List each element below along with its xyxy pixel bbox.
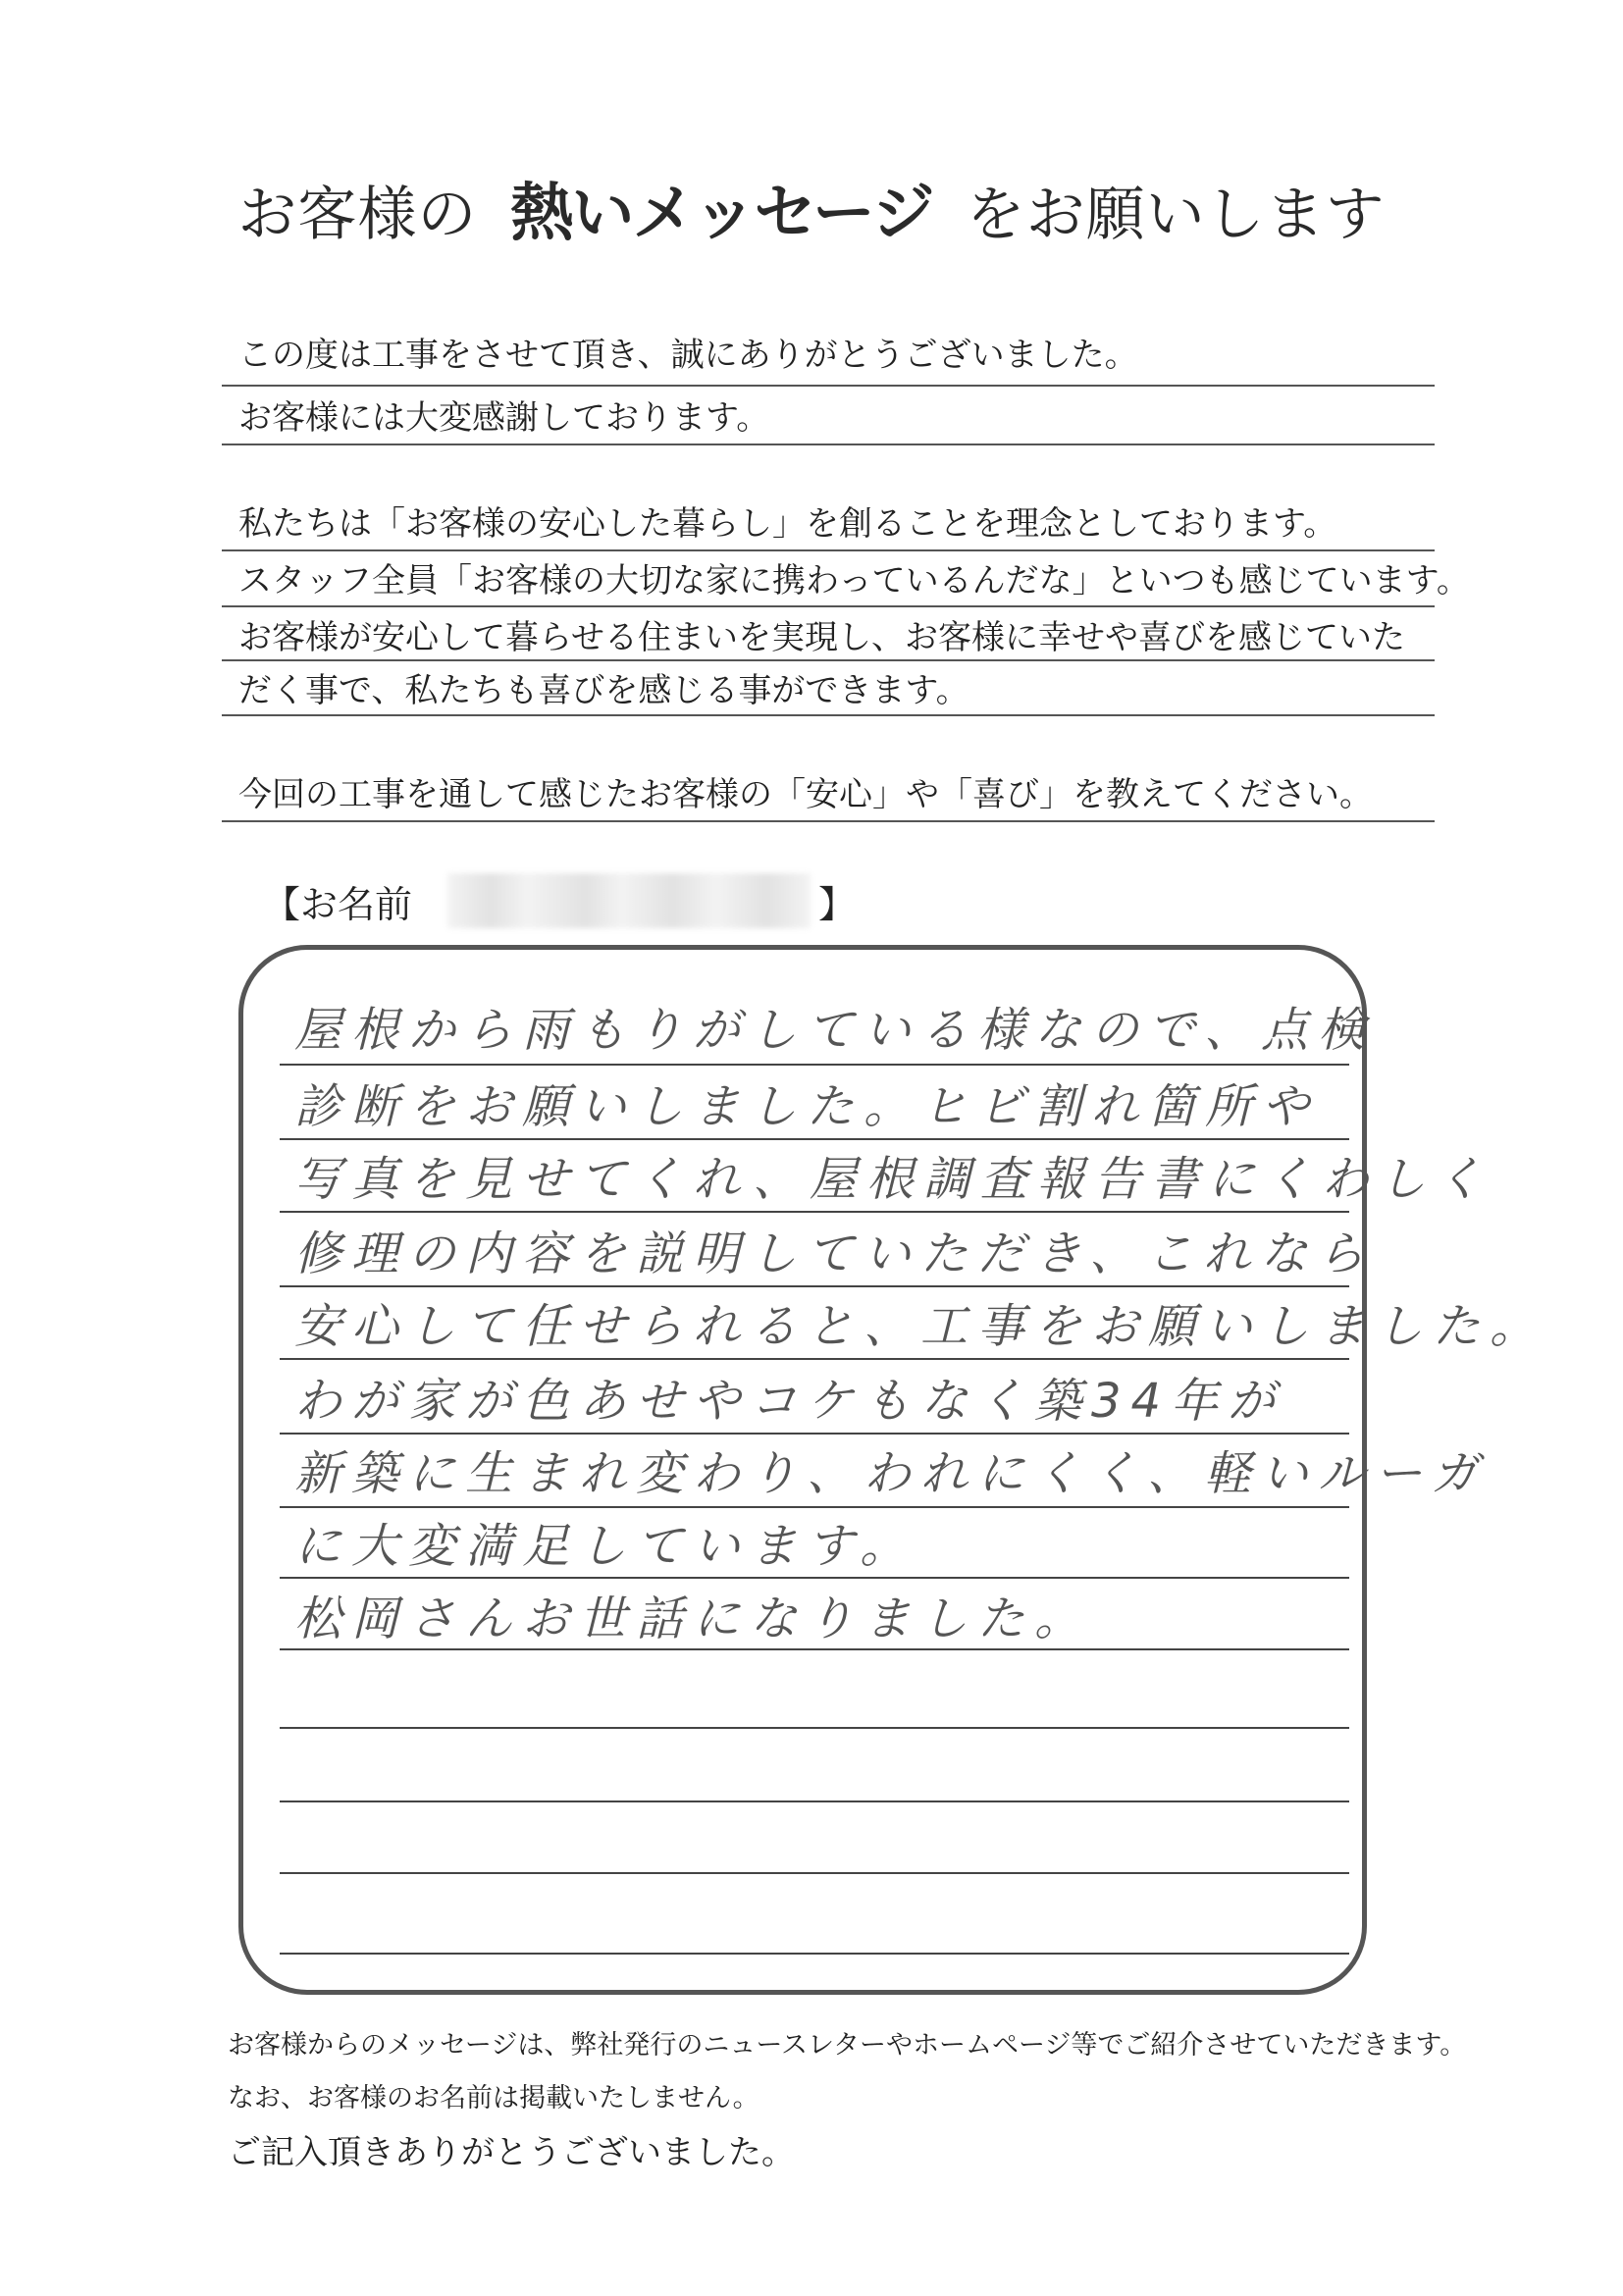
writing-rule [280, 1506, 1349, 1508]
divider [222, 385, 1435, 387]
intro-line: 今回の工事を通して感じたお客様の「安心」や「喜び」を教えてください。 [238, 773, 1373, 816]
writing-rule [280, 1358, 1349, 1360]
divider [222, 714, 1435, 716]
intro-line: 私たちは「お客様の安心した暮らし」を創ることを理念としております。 [238, 502, 1336, 546]
divider [222, 444, 1435, 445]
intro-line: お客様が安心して暮らせる住まいを実現し、お客様に幸せや喜びを感じていた [238, 616, 1405, 659]
writing-rule [280, 1064, 1349, 1066]
page-title: お客様の熱いメッセージをお願いします [0, 175, 1623, 254]
divider [222, 820, 1435, 822]
title-suffix: をお願いします [967, 181, 1386, 249]
handwritten-line: 新築に生まれ変わり、われにくく、軽いルーガ [294, 1444, 1488, 1503]
writing-rule [280, 1953, 1349, 1955]
privacy-note: なお、お客様のお名前は掲載いたしません。 [228, 2076, 759, 2114]
handwritten-line: 診断をお願いしました。ヒビ割れ箇所や [294, 1077, 1319, 1136]
divider [222, 549, 1435, 551]
handwritten-line: 屋根から雨もりがしている様なので、点検 [294, 1001, 1375, 1060]
name-field: 【お名前 】 [263, 873, 856, 928]
handwritten-line: 安心して任せられると、工事をお願いしました。 [294, 1297, 1546, 1356]
writing-rule [280, 1727, 1349, 1729]
title-prefix: お客様の [237, 181, 477, 249]
handwritten-line: 修理の内容を説明していただき、これなら [294, 1225, 1374, 1283]
writing-rule [280, 1648, 1349, 1650]
intro-line: この度は工事をさせて頂き、誠にありがとうございました。 [238, 334, 1138, 377]
name-value-redacted [447, 873, 811, 928]
name-label: 【お名前 [263, 874, 412, 928]
divider [222, 659, 1435, 661]
thanks-note: ご記入頂きありがとうございました。 [228, 2125, 795, 2173]
writing-rule [280, 1800, 1349, 1802]
publication-note: お客様からのメッセージは、弊社発行のニュースレターやホームページ等でご紹介させて… [228, 2023, 1466, 2061]
title-emphasis: 熱いメッセージ [510, 178, 932, 250]
writing-rule [280, 1577, 1349, 1579]
writing-rule [280, 1138, 1349, 1140]
handwritten-line: 松岡さんお世話になりました。 [294, 1590, 1091, 1648]
writing-rule [280, 1211, 1349, 1213]
handwritten-line: わが家が色あせやコケもなく築34年が [294, 1372, 1284, 1431]
name-label-close: 】 [818, 874, 856, 928]
intro-line: お客様には大変感謝しております。 [238, 396, 769, 440]
intro-line: スタッフ全員「お客様の大切な家に携わっているんだな」といつも感じています。 [238, 559, 1470, 602]
writing-rule [280, 1433, 1349, 1435]
writing-rule [280, 1285, 1349, 1287]
writing-rule [280, 1872, 1349, 1874]
divider [222, 605, 1435, 607]
intro-line: だく事で、私たちも喜びを感じる事ができます。 [238, 669, 969, 712]
handwritten-line: に大変満足しています。 [294, 1517, 916, 1576]
handwritten-line: 写真を見せてくれ、屋根調査報告書にくわしく [294, 1150, 1492, 1209]
